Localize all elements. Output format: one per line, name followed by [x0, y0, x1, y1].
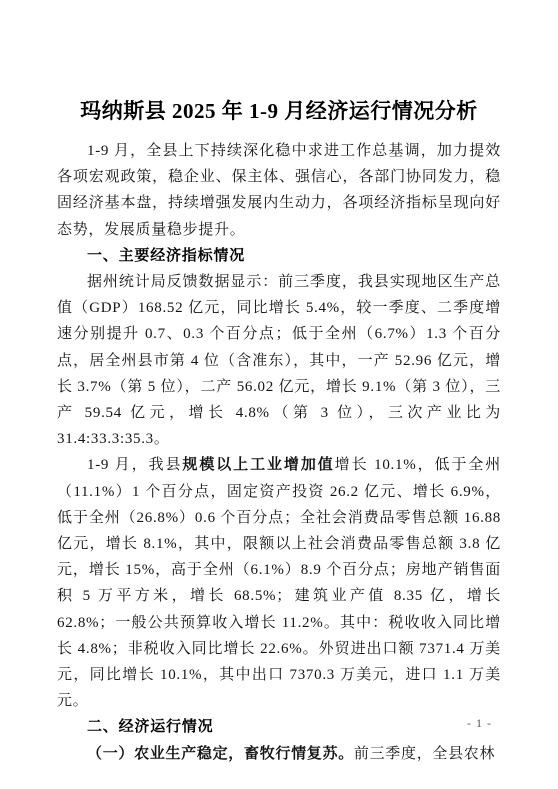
section-heading-economic-operation: 二、经济运行情况: [57, 714, 501, 740]
agriculture-paragraph: （一）农业生产稳定，畜牧行情复苏。前三季度，全县农林: [57, 741, 501, 767]
industry-bold-term: 规模以上工业增加值: [182, 456, 334, 473]
section-heading-main-indicators: 一、主要经济指标情况: [57, 243, 501, 269]
document-page: 玛纳斯县 2025 年 1-9 月经济运行情况分析 1-9 月，全县上下持续深化…: [0, 0, 558, 789]
document-title: 玛纳斯县 2025 年 1-9 月经济运行情况分析: [57, 96, 501, 126]
industry-paragraph-lead: 1-9 月，我县: [87, 457, 182, 473]
industry-paragraph: 1-9 月，我县规模以上工业增加值增长 10.1%，低于全州（11.1%）1 个…: [57, 452, 501, 714]
gdp-paragraph: 据州统计局反馈数据显示：前三季度，我县实现地区生产总值（GDP）168.52 亿…: [57, 269, 501, 452]
intro-paragraph: 1-9 月，全县上下持续深化稳中求进工作总基调，加力提效各项宏观政策，稳企业、保…: [57, 138, 501, 243]
agriculture-bold-lead: （一）农业生产稳定，畜牧行情复苏。: [87, 746, 354, 762]
agriculture-paragraph-rest: 前三季度，全县农林: [354, 746, 495, 762]
document-body: 1-9 月，全县上下持续深化稳中求进工作总基调，加力提效各项宏观政策，稳企业、保…: [57, 138, 501, 767]
page-number: - 1 -: [467, 716, 492, 731]
industry-paragraph-rest: 增长 10.1%，低于全州（11.1%）1 个百分点，固定资产投资 26.2 亿…: [57, 457, 501, 709]
